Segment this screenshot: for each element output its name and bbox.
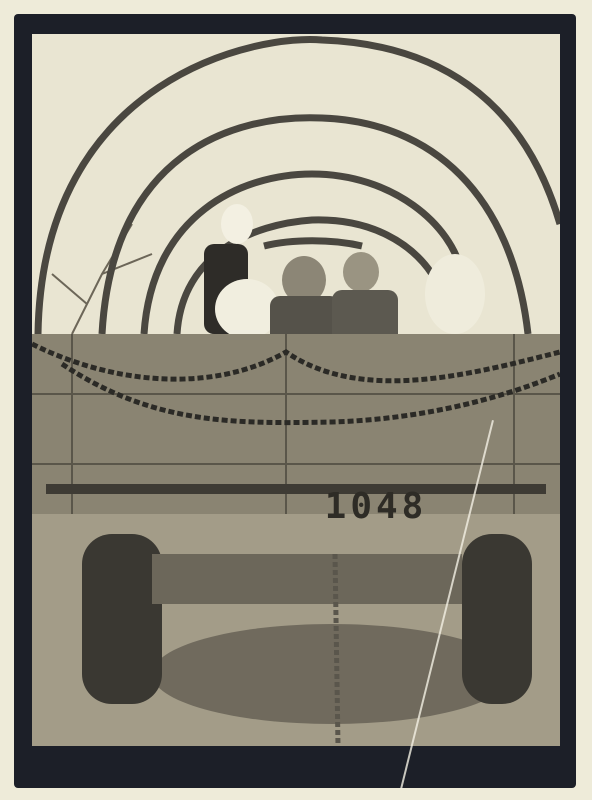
photograph — [32, 34, 560, 746]
wheel-left — [82, 534, 162, 704]
wheel-right — [462, 534, 532, 704]
vehicle-number: 1048 — [318, 478, 434, 534]
truck-scene — [32, 34, 560, 746]
